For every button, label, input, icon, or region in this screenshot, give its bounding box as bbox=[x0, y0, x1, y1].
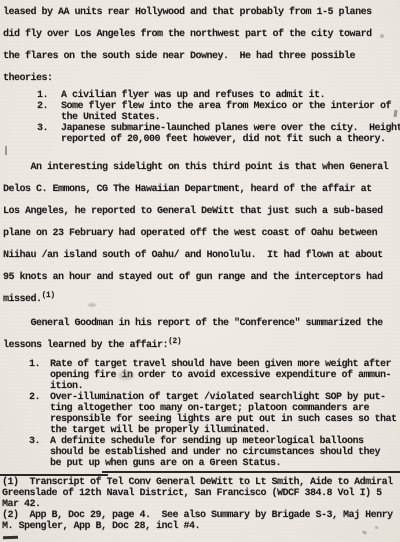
list-item-text: A civilian flyer was up and refuses to a… bbox=[61, 90, 325, 101]
list-item: 1. Rate of target travel should have bee… bbox=[29, 359, 400, 392]
paragraph-intro: leased by AA units rear Hollywood and th… bbox=[3, 2, 400, 90]
list-item: 2. Some flyer flew into the area from Me… bbox=[37, 101, 400, 123]
list-item: 3. A definite schedule for sending up me… bbox=[29, 436, 400, 469]
footnote-1-text: (1) Transcript of Tel Conv General DeWit… bbox=[2, 477, 393, 510]
footnote-ref-1: (1) bbox=[42, 291, 55, 300]
scanned-document-page: leased by AA units rear Hollywood and th… bbox=[0, 0, 400, 542]
paragraph-goodman: General Goodman in his report of the "Co… bbox=[3, 313, 400, 357]
list-item-number: 3. bbox=[37, 123, 61, 145]
list-item-text: Japanese submarine-launched planes were … bbox=[61, 123, 400, 145]
paragraph-goodman-text: General Goodman in his report of the "Co… bbox=[3, 318, 383, 351]
list-item-number: 1. bbox=[37, 90, 61, 101]
list-item: 3. Japanese submarine-launched planes we… bbox=[37, 123, 400, 145]
ink-smudge bbox=[3, 536, 18, 540]
list-item-text: Over-illumination of target /violated se… bbox=[50, 392, 397, 436]
footnotes: (1) Transcript of Tel Conv General DeWit… bbox=[2, 477, 400, 532]
list-item: 2. Over-illumination of target /violated… bbox=[29, 392, 400, 436]
footnote-2: (2) App B, Doc 29, page 4. See also Summ… bbox=[2, 510, 400, 532]
list-item-number: 2. bbox=[29, 392, 50, 436]
paragraph-sidelight: An interesting sidelight on this third p… bbox=[3, 157, 400, 311]
footnote-separator-line bbox=[0, 474, 108, 476]
paragraph-sidelight-text: An interesting sidelight on this third p… bbox=[3, 162, 388, 305]
list-item-number: 1. bbox=[29, 359, 50, 392]
lessons-list: 1. Rate of target travel should have bee… bbox=[29, 359, 400, 469]
list-item-text: Rate of target travel should have been g… bbox=[50, 359, 391, 392]
list-item-text: Some flyer flew into the area from Mexic… bbox=[61, 101, 391, 123]
theories-list: 1. A civilian flyer was up and refuses t… bbox=[37, 90, 400, 145]
footnote-separator-line bbox=[102, 471, 400, 473]
list-item-number: 2. bbox=[37, 101, 61, 123]
paragraph-intro-text: leased by AA units rear Hollywood and th… bbox=[3, 7, 372, 84]
list-item: 1. A civilian flyer was up and refuses t… bbox=[37, 90, 400, 101]
footnote-1: (1) Transcript of Tel Conv General DeWit… bbox=[2, 477, 400, 510]
list-item-number: 3. bbox=[29, 436, 50, 469]
list-item-text: A definite schedule for sending up meteo… bbox=[50, 436, 380, 469]
ink-smudge bbox=[5, 146, 7, 155]
footnote-ref-2: (2) bbox=[168, 337, 181, 346]
footnote-2-text: (2) App B, Doc 29, page 4. See also Summ… bbox=[2, 510, 393, 532]
